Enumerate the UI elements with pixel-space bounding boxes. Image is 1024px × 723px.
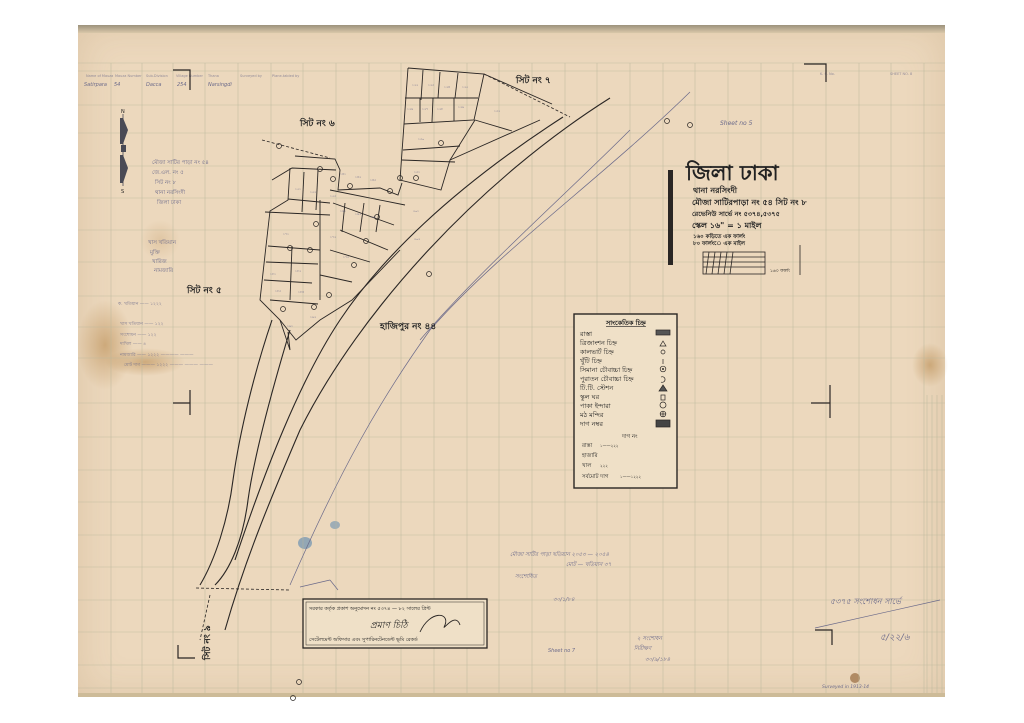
pencil-date-2: ৩০/৯/১৮৪	[645, 657, 671, 663]
pencil-note-2: মোট — খতিয়ান ৩৭	[566, 560, 612, 568]
mouza-label: মৌজা সাটিরপাড়া নং ৫৪ সিট নং ৮	[692, 196, 807, 207]
header-col-5: Surveyed by	[240, 74, 262, 78]
ks-no-label: K. S. No.	[820, 72, 835, 76]
plot-icon	[656, 420, 670, 427]
svg-text:দাগ নম্বর: দাগ নম্বর	[579, 420, 603, 428]
pencil-sheet-7: Sheet no 7	[548, 648, 576, 654]
svg-text:২২২: ২২২	[600, 463, 608, 468]
header-col-6: Plane-tabled by	[272, 74, 299, 78]
certificate-line-1: সরকার কর্তৃক প্রকাশ অনুমোদন নং ৫৩৭৪ — ৮২…	[308, 605, 431, 612]
svg-text:১২৬: ১২৬	[407, 107, 413, 111]
pencil-note-4: ২ সংশোধন	[637, 636, 663, 642]
svg-text:১৯২: ১৯২	[310, 315, 316, 319]
title-block: জিলা ঢাকা থানা নরসিংদী মৌজা সাটিরপাড়া ন…	[668, 160, 807, 275]
survey-grid	[78, 63, 945, 693]
svg-text:১৮২: ১৮২	[295, 269, 301, 273]
svg-text:থানা নরসিংদী: থানা নরসিংদী	[155, 188, 186, 196]
svg-text:সিমানা চৌবাচ্চা চিহ্ন: সিমানা চৌবাচ্চা চিহ্ন	[579, 366, 634, 374]
svg-text:১৫২: ১৫২	[310, 190, 316, 194]
legend-box: সাংকেতিক চিহ্ন রাস্তা ত্রিজাংশন চিহ্ন কা…	[574, 314, 677, 488]
svg-text:হাজারি: হাজারি	[581, 452, 599, 459]
svg-text:নামজারি: নামজারি	[153, 267, 174, 274]
road-lines	[200, 98, 610, 630]
svg-text:দাখিল —— ৪: দাখিল —— ৪	[119, 341, 146, 347]
thana-label: থানা নরসিংদী	[693, 184, 738, 195]
svg-text:১২৪: ১২৪	[444, 85, 450, 89]
certificate-line-2: সেটেলমেন্ট অফিসার এবং সুপারিনটেনডেন্ট ভূ…	[309, 636, 418, 643]
parcel-boundaries	[260, 68, 552, 350]
svg-text:১৮৩: ১৮৩	[275, 289, 281, 293]
svg-text:মুক্তি: মুক্তি	[149, 249, 161, 256]
svg-text:১৪৩: ১৪৩	[370, 178, 376, 182]
svg-text:১৮১: ১৮১	[270, 272, 276, 276]
north-label: N	[121, 109, 125, 115]
pencil-note-3: সংশোধিত	[515, 572, 539, 580]
header-col-4: Thana	[207, 74, 219, 78]
svg-text:১৪২: ১৪২	[355, 175, 361, 179]
svg-text:টি.টি. স্টেশন: টি.টি. স্টেশন	[579, 383, 614, 392]
svg-text:১২২: ১২২	[412, 83, 418, 87]
north-arrow-icon: N S	[120, 109, 128, 195]
header-values: Satirpara 54 Dacca 254 Narsingdi	[84, 82, 232, 88]
neighbor-mouza-label: হাজিপুর নং ৪৪	[379, 320, 436, 333]
svg-text:১৭৩: ১৭৩	[343, 255, 349, 259]
svg-text:১৩০: ১৩০	[418, 137, 424, 141]
svg-text:নামজারি —— ১২২২ ———— ———: নামজারি —— ১২২২ ———— ———	[119, 352, 194, 358]
svg-text:মঠ মন্দির: মঠ মন্দির	[579, 410, 604, 419]
scale-note-2: ৮০ ফার্লংে এক মাইল	[692, 239, 746, 247]
svg-text:সর্বমোট দাগ: সর্বমোট দাগ	[581, 472, 610, 480]
svg-text:১২৭: ১২৭	[422, 107, 428, 111]
legend-totals-heading: দাগ নং	[621, 434, 638, 440]
header-val-village: 254	[177, 82, 187, 88]
svg-text:জে.এল. নং ৫: জে.এল. নং ৫	[152, 170, 184, 176]
sheet-top-edge	[78, 25, 945, 33]
svg-text:মৌজা সাটির পাড়া নং ৫৪: মৌজা সাটির পাড়া নং ৫৪	[152, 158, 209, 166]
cadastral-map: Name of Mauza Mauza Number Sub-Division …	[0, 0, 1024, 723]
svg-text:১৫৩: ১৫৩	[330, 194, 336, 198]
svg-text:১৫১: ১৫১	[295, 187, 301, 191]
header-val-subdiv: Dacca	[146, 82, 161, 88]
svg-text:খুঁটি চিহ্ন: খুঁটি চিহ্ন	[580, 356, 603, 365]
svg-text:খাস খতিয়ান: খাস খতিয়ান	[148, 239, 177, 246]
svg-text:১৩২: ১৩২	[494, 109, 500, 113]
svg-text:১৬১: ১৬১	[340, 209, 346, 213]
svg-text:১৬৩: ১৬৩	[370, 215, 376, 219]
legend-title: সাংকেতিক চিহ্ন	[605, 318, 647, 327]
svg-text:১——১২২২: ১——১২২২	[620, 474, 641, 479]
svg-text:১২৫: ১২৫	[462, 85, 468, 89]
header-col-2: Sub-Division	[146, 74, 168, 78]
header-col-0: Name of Mauza	[86, 74, 113, 78]
header-val-number: 54	[114, 82, 120, 88]
district-title: জিলা ঢাকা	[685, 160, 780, 185]
sheet-7-label: সিট নং ৭	[515, 73, 551, 86]
svg-text:১২৯: ১২৯	[458, 105, 464, 109]
registration-marks	[173, 64, 832, 658]
svg-text:খারিজ: খারিজ	[152, 258, 168, 265]
svg-text:১২৩: ১২৩	[428, 83, 434, 87]
svg-text:১৭২: ১৭২	[330, 235, 336, 239]
svg-text:সংশোধন —— ১২২: সংশোধন —— ১২২	[119, 332, 157, 338]
svg-text:মোট দাগ ——— ১২২২ ——— ——— ———: মোট দাগ ——— ১২২২ ——— ——— ———	[124, 361, 213, 368]
sheet-5-label: সিট নং ৫	[186, 283, 222, 296]
pencil-note-5: নিরীক্ষণ	[634, 644, 653, 652]
svg-text:রাস্তা: রাস্তা	[579, 330, 593, 338]
sheet-no-label: SHEET NO. 8	[890, 72, 912, 76]
svg-text:১২৮: ১২৮	[437, 107, 443, 111]
revenue-survey-label: রেভেনিউ সার্ভে নং ৫৩৭৪,৫৩৭৫	[692, 208, 781, 218]
svg-text:রাস্তা: রাস্তা	[581, 443, 593, 449]
svg-text:খাস খতিয়ান —— ১২২: খাস খতিয়ান —— ১২২	[120, 321, 164, 327]
svg-text:খাল: খাল	[582, 463, 592, 469]
svg-text:১——২২২: ১——২২২	[600, 443, 619, 448]
certificate-box: সরকার কর্তৃক প্রকাশ অনুমোদন নং ৫৩৭৪ — ৮২…	[303, 599, 487, 648]
svg-text:ত্রিজাংশন চিহ্ন: ত্রিজাংশন চিহ্ন	[579, 339, 618, 347]
svg-text:স্কুল ঘর: স্কুল ঘর	[579, 393, 600, 401]
svg-text:১৯১: ১৯১	[287, 324, 293, 328]
pencil-footer: Surveyed in 1913-14	[822, 684, 869, 690]
pencil-note-1: মৌজা সাটির পাড়া খতিয়ান ২০৫৩ — ২০৫৪	[510, 550, 609, 558]
svg-text:পুরাতন চৌবাচ্চা চিহ্ন: পুরাতন চৌবাচ্চা চিহ্ন	[580, 375, 635, 383]
scale-bar	[703, 252, 765, 274]
svg-text:২০১: ২০১	[413, 209, 419, 213]
svg-text:১৭১: ১৭১	[283, 232, 289, 236]
scale-label: স্কেল ১৬" = ১ মাইল	[692, 220, 762, 230]
svg-text:১৪১: ১৪১	[340, 172, 346, 176]
svg-text:১৮৪: ১৮৪	[298, 290, 304, 294]
sheet-labels: সিট নং ৬ সিট নং ৭ সিট নং ৫ হাজিপুর নং ৪৪…	[186, 73, 551, 661]
pencil-note-6: ৫৩৭৫ সংশোধন সার্ভে	[830, 596, 903, 606]
pencil-note-7: ৫/২২/৬	[880, 633, 911, 643]
pencil-date-1: ৩০/১/৮৪	[553, 597, 575, 603]
header-col-1: Mauza Number	[115, 74, 142, 78]
sheet-6-label: সিট নং ৬	[299, 116, 335, 129]
svg-text:পাকা ইন্দারা: পাকা ইন্দারা	[580, 402, 612, 410]
pencil-sheet-5: Sheet no 5	[720, 120, 753, 127]
svg-text:জিলা ঢাকা: জিলা ঢাকা	[156, 199, 181, 206]
scale-note-1: ১৬০ কড়িতে এক ফার্লং	[693, 232, 746, 240]
sheet-bottom-edge	[78, 693, 945, 697]
svg-text:২০২: ২০২	[414, 237, 420, 241]
svg-text:১৬২: ১৬২	[355, 212, 361, 216]
scale-bar-label: ১৬০ ফার্লং	[770, 267, 790, 274]
svg-text:সিট নং ৮: সিট নং ৮	[154, 178, 176, 186]
certificate-signature: প্রমাণ চিঠি	[370, 619, 410, 631]
svg-text:১৩১: ১৩১	[414, 170, 420, 174]
south-label: S	[121, 189, 124, 195]
header-val-thana: Narsingdi	[208, 82, 232, 88]
header-val-mauza: Satirpara	[84, 82, 107, 88]
svg-text:কালভার্ট চিহ্ন: কালভার্ট চিহ্ন	[579, 347, 615, 356]
svg-text:ক. খতিয়ান —— ১২২২: ক. খতিয়ান —— ১২২২	[117, 301, 162, 307]
